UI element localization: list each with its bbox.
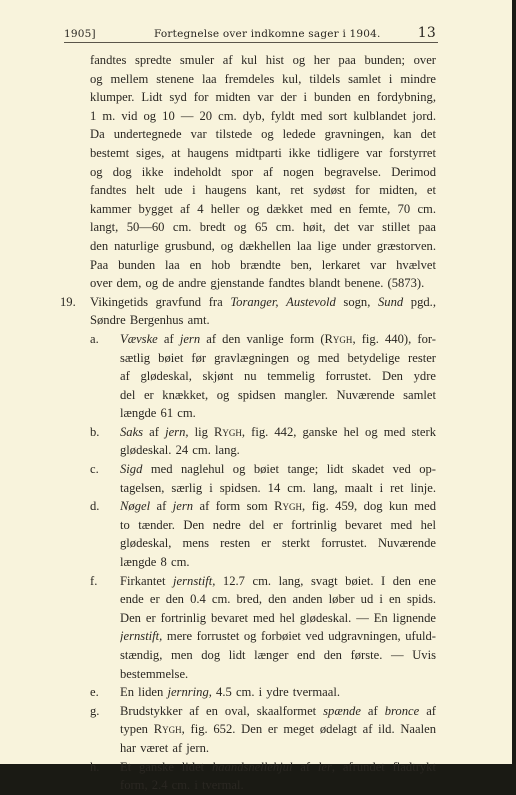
- text-line: tagelsen, særlig i spidsen. 14 cm. lang,…: [120, 479, 436, 498]
- text-run: , fig. 442, ganske hel og med sterk: [242, 425, 436, 439]
- document-page: 1905] Fortegnelse over indkomne sager i …: [0, 0, 512, 764]
- item-label: g.: [90, 702, 99, 721]
- text-line: ende er den 0.4 cm. bred, den anden løbe…: [120, 590, 436, 609]
- header-title: Fortegnelse over indkomne sager i 1904.: [154, 28, 381, 40]
- text-line: glødeskal, mens resten er sterkt forrust…: [120, 534, 436, 553]
- text-run: , fig. 459, dog kun med: [302, 499, 436, 513]
- text-line: klumper. Lidt syd for midten var der i b…: [90, 88, 436, 107]
- text-line: Vævske af jern af den vanlige form (Rygh…: [120, 330, 436, 349]
- text-run: ende er den 0.4 cm. bred, den anden løbe…: [120, 592, 436, 606]
- text-run: af den vanlige form (: [200, 332, 324, 346]
- item-label: c.: [90, 460, 99, 479]
- text-run: 12.7 cm. lang, svagt bøiet. I den ene: [215, 574, 436, 588]
- list-item: c.Sigd med naglehul og bøiet tange; lidt…: [120, 460, 436, 497]
- text-line: sætlig bøiet før gravlægningen og med be…: [120, 349, 436, 368]
- place-name: Toranger,: [230, 295, 278, 309]
- italic-term: Vævske: [120, 332, 158, 346]
- entry-title-text: [279, 295, 287, 309]
- item-label: h.: [90, 758, 99, 768]
- text-run: tagelsen, særlig i spidsen. 14 cm. lang,…: [120, 481, 436, 495]
- running-header: 1905] Fortegnelse over indkomne sager i …: [64, 26, 438, 43]
- text-run: glødeskal. 24 cm. lang.: [120, 443, 240, 457]
- text-line: Sigd med naglehul og bøiet tange; lidt s…: [120, 460, 436, 479]
- text-run: typen: [120, 722, 154, 736]
- text-line: glødeskal. 24 cm. lang.: [120, 441, 436, 460]
- italic-term: jernstift,: [173, 574, 215, 588]
- list-item: f.Firkantet jernstift, 12.7 cm. lang, sv…: [120, 572, 436, 684]
- entry-title-line-1: Vikingetids gravfund fra Toranger, Auste…: [90, 293, 436, 312]
- item-label: d.: [90, 497, 99, 516]
- text-run: , fig. 440), for-: [352, 332, 436, 346]
- text-line: Saks af jern, lig Rygh, fig. 442, ganske…: [120, 423, 436, 442]
- text-line: to tænder. Den nedre del er fortrinlig b…: [120, 516, 436, 535]
- list-item: a.Vævske af jern af den vanlige form (Ry…: [120, 330, 436, 423]
- text-run: af: [419, 704, 436, 718]
- text-run: af: [150, 499, 173, 513]
- entry-title-text: pgd.,: [403, 295, 436, 309]
- text-line: Paa bunden laa en hob brændte ben, lerka…: [90, 256, 436, 275]
- text-run: længde 61 cm.: [120, 406, 196, 420]
- text-run: af: [292, 760, 317, 768]
- text-line: den naturlige grusbund, og dækhellen laa…: [90, 237, 436, 256]
- entry-title-text: Vikingetids gravfund fra: [90, 295, 230, 309]
- entry-title-text: sogn,: [336, 295, 378, 309]
- text-run: En liden: [120, 685, 167, 699]
- italic-term: bronce: [385, 704, 420, 718]
- place-name: Sund: [378, 295, 403, 309]
- text-run: af glødeskal, skjønt nu temmelig forrust…: [120, 369, 436, 383]
- page-number: 13: [418, 25, 436, 41]
- text-line: Den er fortrinlig bevaret med hel glødes…: [120, 609, 436, 628]
- text-run: Firkantet: [120, 574, 173, 588]
- text-run: sætlig bøiet før gravlægningen og med be…: [120, 351, 436, 365]
- italic-term: jern,: [165, 425, 188, 439]
- text-run: bestemmelse.: [120, 667, 188, 681]
- header-year: 1905]: [64, 28, 96, 40]
- item-label: f.: [90, 572, 97, 591]
- list-item: h.Et ganske lidet haandsnellehjul af ler…: [120, 758, 436, 768]
- text-line: Brudstykker af en oval, skaalformet spæn…: [120, 702, 436, 721]
- text-line: stændig, men dog lidt længer end den før…: [120, 646, 436, 665]
- text-line: og dog ikke indeholdt spor af nogen begr…: [90, 163, 436, 182]
- text-line: Nøgel af jern af form som Rygh, fig. 459…: [120, 497, 436, 516]
- text-line: over dem, og de andre gjenstande fandtes…: [90, 274, 436, 293]
- text-run: Den er fortrinlig bevaret med hel glødes…: [120, 611, 436, 625]
- entry-items: a.Vævske af jern af den vanlige form (Ry…: [90, 330, 436, 768]
- italic-term: Saks: [120, 425, 143, 439]
- italic-term: ler: [318, 760, 332, 768]
- list-item: b.Saks af jern, lig Rygh, fig. 442, gans…: [120, 423, 436, 460]
- entry-title-line-2: Søndre Bergenhus amt.: [90, 311, 436, 330]
- italic-term: jern: [180, 332, 200, 346]
- item-label: e.: [90, 683, 99, 702]
- text-run: mere forrustet og forbøiet ved udgravnin…: [162, 629, 436, 643]
- item-label: b.: [90, 423, 99, 442]
- text-line: kammer bygget af 4 heller og dækket med …: [90, 200, 436, 219]
- text-run: del er knækket, og spidsen mangler. Nuvæ…: [120, 388, 436, 402]
- text-line: længde 61 cm.: [120, 404, 436, 423]
- text-run: længde 8 cm.: [120, 555, 190, 569]
- body-text: fandtes spredte smuler af kul hist og he…: [90, 51, 436, 768]
- text-run: af: [361, 704, 385, 718]
- text-line: En liden jernring, 4.5 cm. i ydre tverma…: [120, 683, 436, 702]
- text-run: lig: [189, 425, 214, 439]
- text-line: Firkantet jernstift, 12.7 cm. lang, svag…: [120, 572, 436, 591]
- author-reference: Rygh: [214, 425, 242, 439]
- text-run: Et ganske lidet: [120, 760, 212, 768]
- text-line: langt, 50—60 cm. bredt og 65 cm. høit, d…: [90, 218, 436, 237]
- text-run: Brudstykker af en oval, skaalformet: [120, 704, 323, 718]
- text-line: jernstift, mere forrustet og forbøiet ve…: [120, 627, 436, 646]
- text-line: har været af jern.: [120, 739, 436, 758]
- text-line: bestemt siges, at haugens midtparti ikke…: [90, 144, 436, 163]
- text-run: af: [158, 332, 180, 346]
- item-label: a.: [90, 330, 99, 349]
- text-run: med naglehul og bøiet tange; lidt skadet…: [142, 462, 436, 476]
- list-item: e.En liden jernring, 4.5 cm. i ydre tver…: [120, 683, 436, 702]
- text-line: typen Rygh, fig. 652. Den er meget ødela…: [120, 720, 436, 739]
- place-name: Austevold: [286, 295, 336, 309]
- text-run: to tænder. Den nedre del er fortrinlig b…: [120, 518, 436, 532]
- text-run: stændig, men dog lidt længer end den før…: [120, 648, 436, 662]
- text-line: del er knækket, og spidsen mangler. Nuvæ…: [120, 386, 436, 405]
- text-line: og mellem stenene laa fremdeles kul, til…: [90, 70, 436, 89]
- italic-term: jern: [173, 499, 193, 513]
- text-line: Da undertegnede var tilstede og ledede g…: [90, 125, 436, 144]
- list-item: g.Brudstykker af en oval, skaalformet sp…: [120, 702, 436, 758]
- text-run: , fig. 652. Den er meget ødelagt af ild.…: [182, 722, 436, 736]
- text-line: fandtes spredte smuler af kul hist og he…: [90, 51, 436, 70]
- text-line: af glødeskal, skjønt nu temmelig forrust…: [120, 367, 436, 386]
- italic-term: Sigd: [120, 462, 142, 476]
- text-run: 4.5 cm. i ydre tvermaal.: [212, 685, 340, 699]
- text-run: , afrundet fladtrykt: [332, 760, 436, 768]
- text-run: af form som: [193, 499, 274, 513]
- text-line: bestemmelse.: [120, 665, 436, 684]
- author-reference: Rygh: [325, 332, 353, 346]
- italic-term: jernring,: [167, 685, 211, 699]
- author-reference: Rygh: [274, 499, 302, 513]
- italic-term: jernstift,: [120, 629, 162, 643]
- text-run: har været af jern.: [120, 741, 209, 755]
- entry-number: 19.: [60, 293, 86, 312]
- text-line: 1 m. vid og 10 — 20 cm. dyb, fyldt med s…: [90, 107, 436, 126]
- list-item: d.Nøgel af jern af form som Rygh, fig. 4…: [120, 497, 436, 571]
- author-reference: Rygh: [154, 722, 182, 736]
- italic-term: spænde: [323, 704, 361, 718]
- italic-term: haandsnellehjul: [212, 760, 292, 768]
- text-line: Et ganske lidet haandsnellehjul af ler, …: [120, 758, 436, 768]
- text-run: glødeskal, mens resten er sterkt forrust…: [120, 536, 436, 550]
- entry-19: 19. Vikingetids gravfund fra Toranger, A…: [90, 293, 436, 330]
- intro-paragraph: fandtes spredte smuler af kul hist og he…: [90, 51, 436, 293]
- italic-term: Nøgel: [120, 499, 150, 513]
- text-line: fandtes helt ude i haugens kant, ret syd…: [90, 181, 436, 200]
- text-line: længde 8 cm.: [120, 553, 436, 572]
- text-run: af: [143, 425, 165, 439]
